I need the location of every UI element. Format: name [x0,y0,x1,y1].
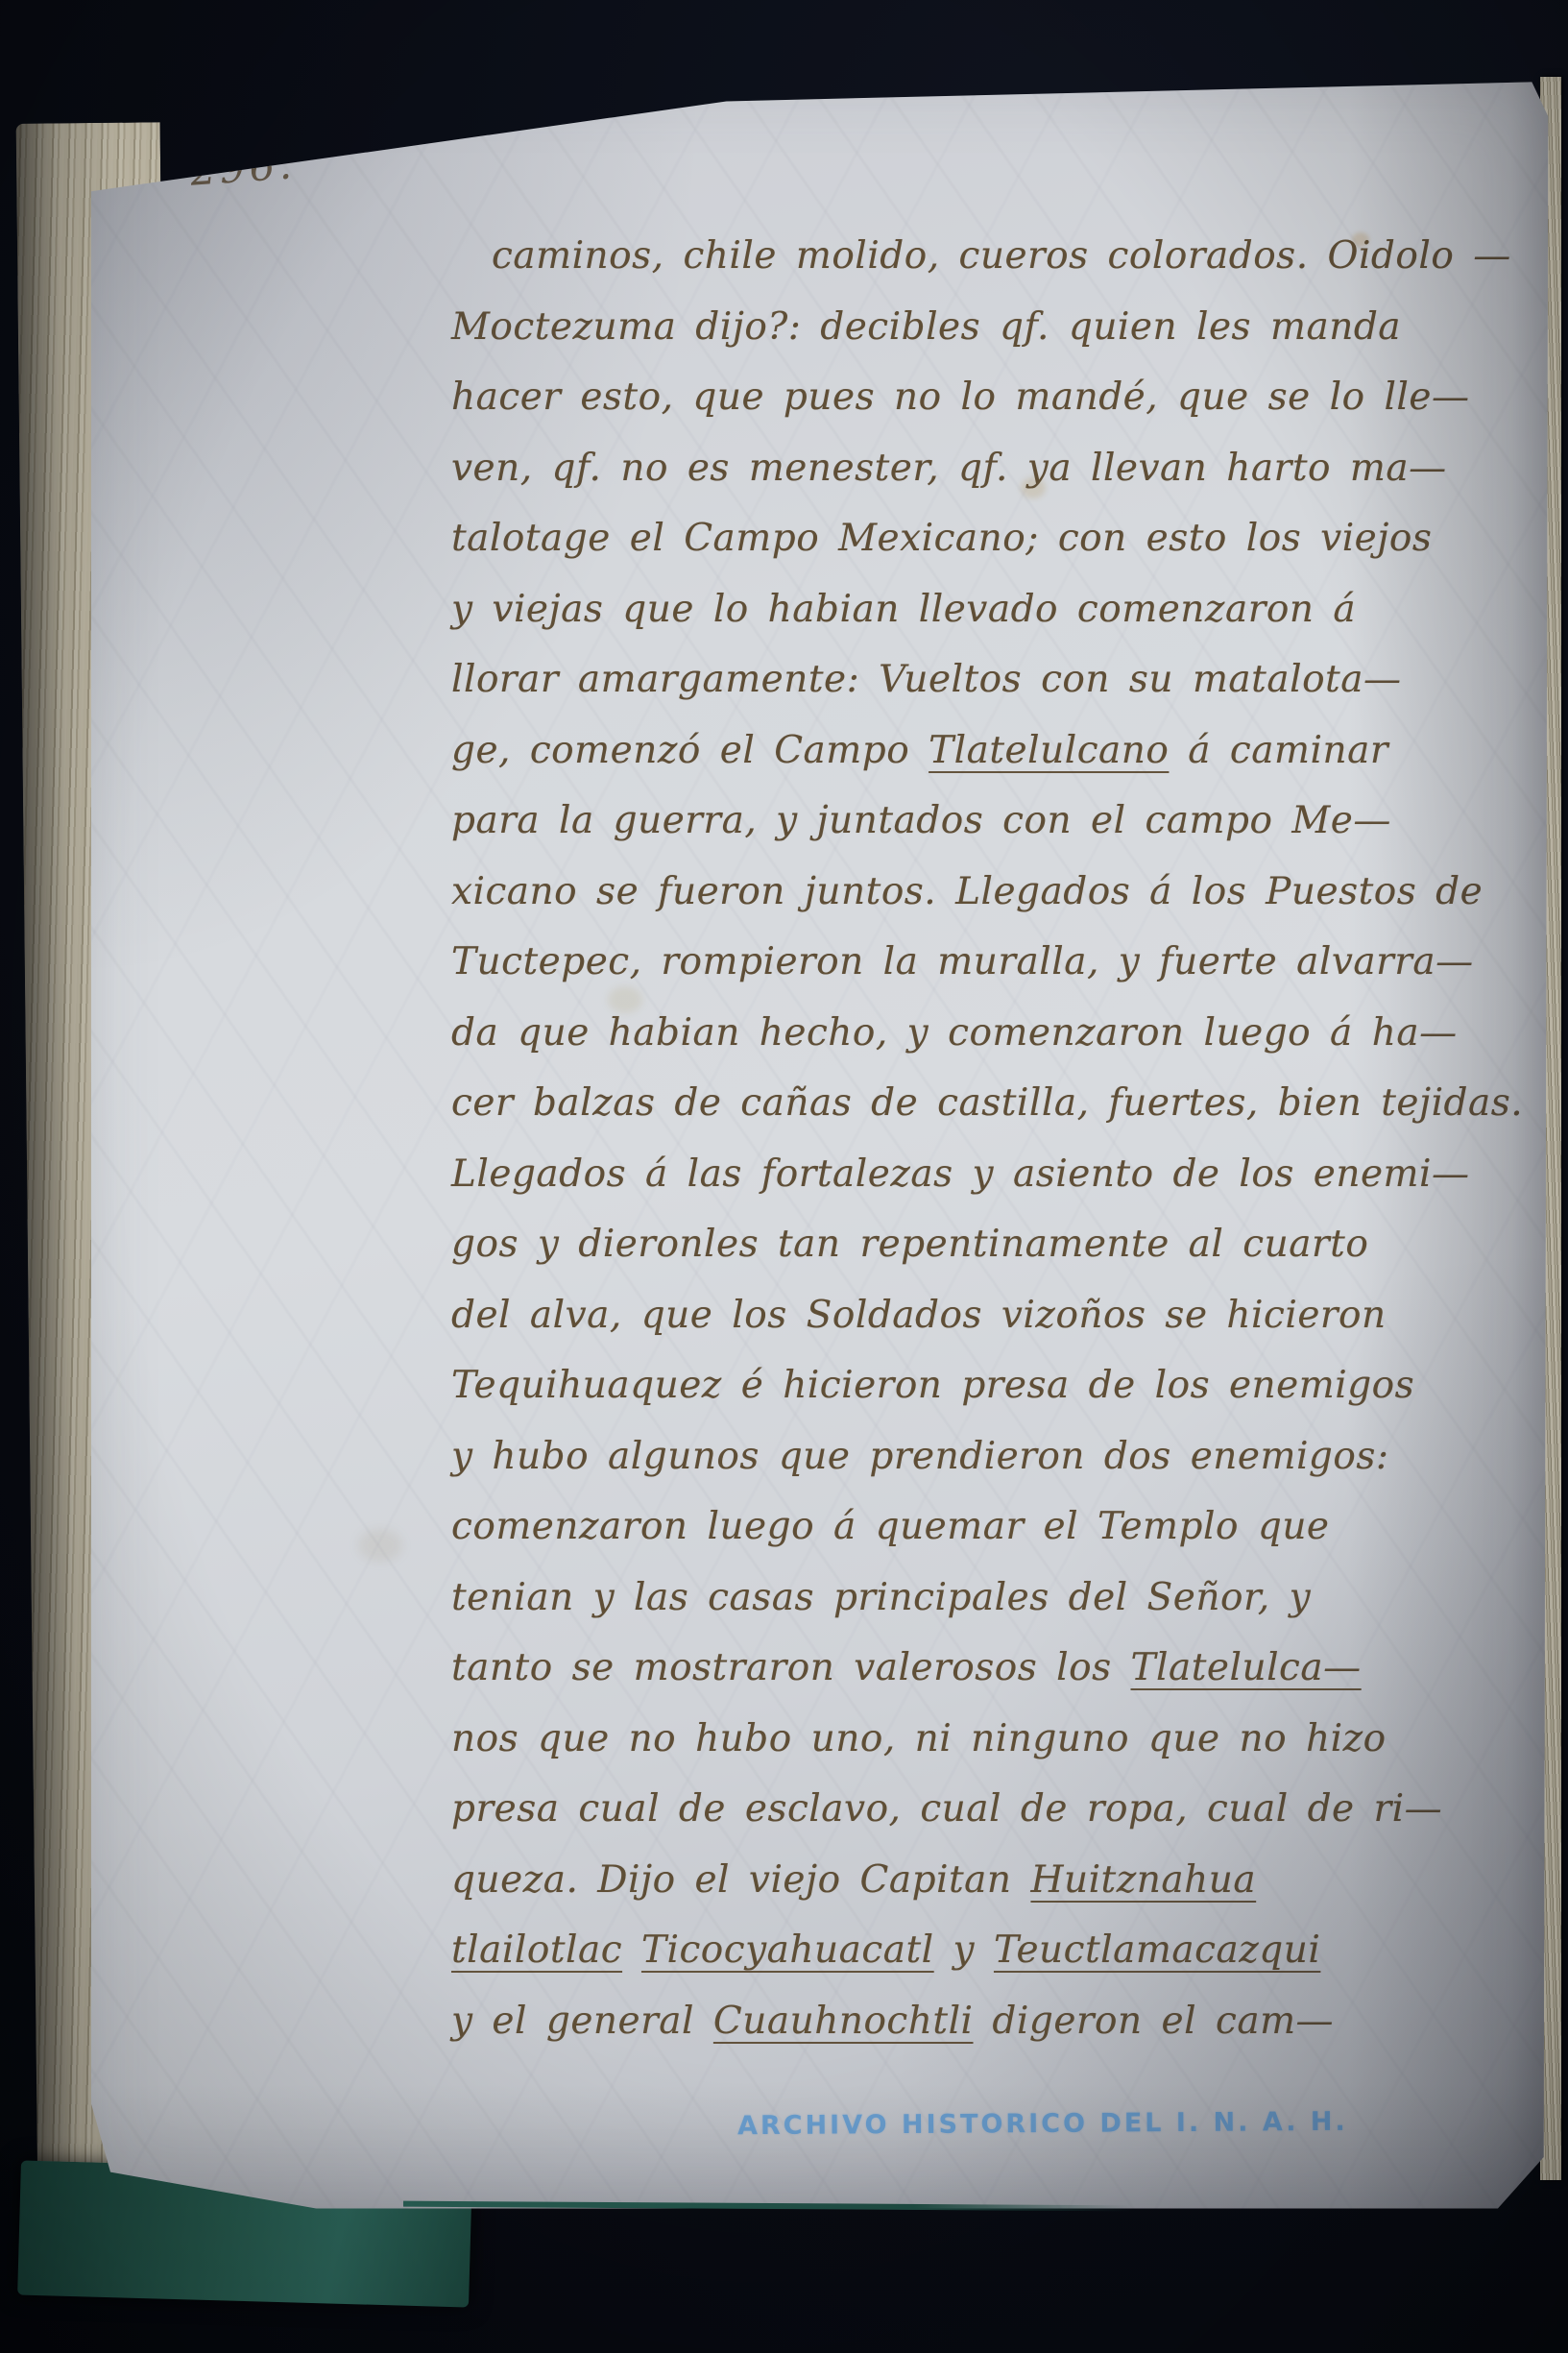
line-text: y [934,1928,994,1972]
manuscript-line: talotage el Campo Mexicano; con esto los… [451,503,1546,574]
manuscript-line: gos y dieronles tan repentinamente al cu… [451,1209,1546,1280]
manuscript-line: Tuctepec, rompieron la muralla, y fuerte… [451,927,1546,998]
line-text: llorar amargamente: Vueltos con su matal… [451,658,1401,701]
line-text: ge, comenzó el Campo [451,729,929,772]
manuscript-line: nos que no hubo uno, ni ninguno que no h… [451,1704,1546,1775]
manuscript-line: Tequihuaquez é hicieron presa de los ene… [451,1350,1546,1421]
underlined-nahuatl-name: Tlatelulcano [929,729,1169,772]
manuscript-line: y el general Cuauhnochtli digeron el cam… [451,1986,1546,2057]
line-text: xicano se fueron juntos. Llegados á los … [451,870,1483,913]
line-text: comenzaron luego á quemar el Templo que [451,1505,1330,1548]
line-text: y hubo algunos que prendieron dos enemig… [451,1435,1389,1478]
line-text: Tequihuaquez é hicieron presa de los ene… [451,1364,1414,1407]
line-text: Moctezuma dijo?: decibles qf. quien les … [451,305,1401,349]
page-number: 296. [188,140,297,195]
underlined-nahuatl-name: Huitznahua [1030,1858,1256,1902]
manuscript-line: Moctezuma dijo?: decibles qf. quien les … [451,292,1546,363]
manuscript-line: comenzaron luego á quemar el Templo que [451,1492,1546,1563]
manuscript-line: para la guerra, y juntados con el campo … [451,786,1546,857]
line-text: Llegados á las fortalezas y asiento de l… [451,1152,1470,1196]
underlined-nahuatl-name: Cuauhnochtli [713,2000,974,2043]
inah-archive-stamp: ARCHIVO HISTORICO DEL I. N. A. H. [737,2107,1348,2141]
line-text: presa cual de esclavo, cual de ropa, cua… [451,1787,1442,1831]
archive-photo-background: 296. caminos, chile molido, cueros color… [0,0,1568,2353]
line-text: digeron el cam— [974,2000,1335,2043]
manuscript-line: caminos, chile molido, cueros colorados.… [451,221,1546,292]
underlined-nahuatl-name: Tlatelulca— [1131,1646,1362,1689]
line-text: talotage el Campo Mexicano; con esto los… [451,517,1432,560]
manuscript-line: llorar amargamente: Vueltos con su matal… [451,644,1546,716]
manuscript-line: tlailotlac Ticocyahuacatl y Teuctlamacaz… [451,1915,1546,1986]
line-text: da que habian hecho, y comenzaron luego … [451,1011,1458,1055]
manuscript-page: 296. caminos, chile molido, cueros color… [75,69,1556,2213]
manuscript-line: del alva, que los Soldados vizoños se hi… [451,1280,1546,1351]
manuscript-line: y hubo algunos que prendieron dos enemig… [451,1421,1546,1492]
manuscript-line: presa cual de esclavo, cual de ropa, cua… [451,1774,1546,1845]
line-text: nos que no hubo uno, ni ninguno que no h… [451,1717,1387,1760]
line-text: para la guerra, y juntados con el campo … [451,799,1391,842]
manuscript-line: tenian y las casas principales del Señor… [451,1563,1546,1634]
paper-stain [358,1529,402,1562]
manuscript-line: queza. Dijo el viejo Capitan Huitznahua [451,1845,1546,1916]
underlined-nahuatl-name: Teuctlamacazqui [994,1928,1320,1972]
underlined-nahuatl-name: tlailotlac [451,1928,622,1972]
manuscript-line: ge, comenzó el Campo Tlatelulcano á cami… [451,716,1546,787]
underlined-nahuatl-name: Ticocyahuacatl [641,1928,934,1972]
line-text: á caminar [1169,729,1388,772]
line-text: caminos, chile molido, cueros colorados.… [492,234,1511,278]
manuscript-line: xicano se fueron juntos. Llegados á los … [451,857,1546,928]
text-block: caminos, chile molido, cueros colorados.… [451,221,1546,2056]
line-text: y el general [451,2000,713,2043]
manuscript-line: ven, qf. no es menester, qf. ya llevan h… [451,433,1546,504]
line-text: y viejas que lo habian llevado comenzaro… [451,588,1356,631]
line-text: hacer esto, que pues no lo mandé, que se… [451,376,1469,419]
line-text: ven, qf. no es menester, qf. ya llevan h… [451,447,1447,490]
manuscript-line: Llegados á las fortalezas y asiento de l… [451,1139,1546,1210]
manuscript-line: tanto se mostraron valerosos los Tlatelu… [451,1633,1546,1704]
line-text: queza. Dijo el viejo Capitan [451,1858,1030,1902]
manuscript-line: da que habian hecho, y comenzaron luego … [451,998,1546,1069]
line-text: Tuctepec, rompieron la muralla, y fuerte… [451,940,1474,983]
manuscript-line: cer balzas de cañas de castilla, fuertes… [451,1068,1546,1139]
line-text: del alva, que los Soldados vizoños se hi… [451,1294,1387,1337]
line-text: gos y dieronles tan repentinamente al cu… [451,1223,1368,1266]
line-text: tanto se mostraron valerosos los [451,1646,1131,1689]
manuscript-line: hacer esto, que pues no lo mandé, que se… [451,362,1546,433]
line-text [622,1928,641,1972]
line-text: tenian y las casas principales del Señor… [451,1576,1311,1619]
manuscript-line: y viejas que lo habian llevado comenzaro… [451,574,1546,645]
line-text: cer balzas de cañas de castilla, fuertes… [451,1081,1523,1125]
